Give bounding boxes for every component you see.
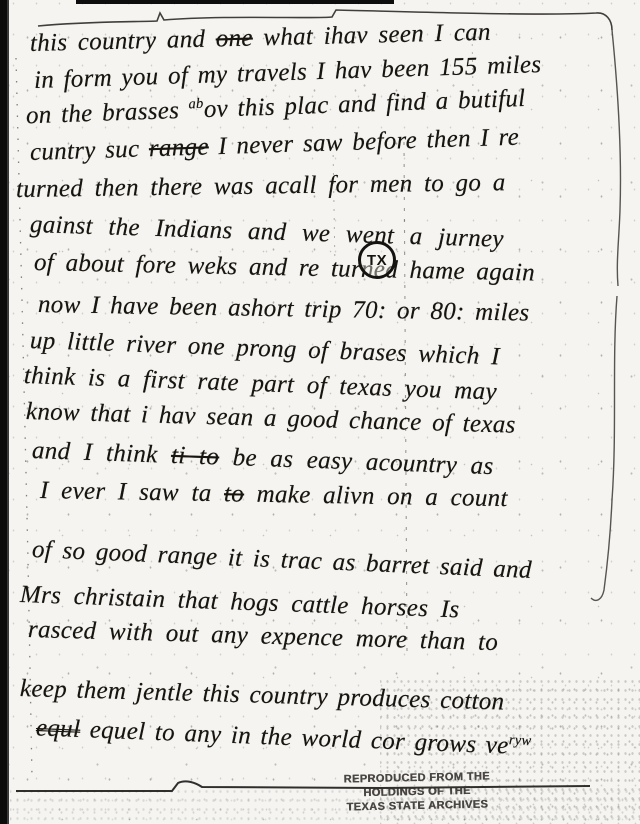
line-text: of about fore weks and re turned hame ag… bbox=[34, 249, 535, 286]
handwritten-line: gainst the Indians and we went a jurney bbox=[30, 211, 505, 254]
archive-stamp-line3: TEXAS STATE ARCHIVES bbox=[332, 797, 502, 815]
line-text: what ihav seen I can bbox=[252, 19, 491, 52]
inserted-word: ab bbox=[188, 96, 204, 113]
handwritten-line: and I think ti to be as easy acountry as bbox=[32, 437, 494, 481]
handwritten-line: equl equel to any in the world cor grows… bbox=[35, 714, 531, 761]
line-text: I ever I saw ta bbox=[40, 477, 225, 507]
line-text: on the brasses bbox=[26, 97, 190, 130]
tx-stamp-label: TX bbox=[367, 252, 387, 269]
struck-word: ti to bbox=[171, 442, 220, 471]
handwritten-line: keep them jentle this country produces c… bbox=[20, 675, 505, 717]
line-text: make alivn on a count bbox=[244, 481, 508, 513]
line-text: turned then there was acall for men to g… bbox=[16, 169, 506, 203]
struck-word: range bbox=[149, 133, 210, 162]
struck-word: equl bbox=[35, 714, 80, 743]
handwritten-line: now I have been ashort trip 70: or 80: m… bbox=[38, 291, 530, 328]
struck-word: one bbox=[215, 25, 253, 53]
line-text: gainst the Indians and we went a jurney bbox=[30, 211, 505, 253]
paper-right-border bbox=[591, 30, 621, 600]
line-text: now I have been ashort trip 70: or 80: m… bbox=[38, 291, 530, 327]
line-text: cuntry suc bbox=[30, 135, 150, 166]
line-text: and I think bbox=[32, 437, 172, 469]
line-text: I never saw before then I re bbox=[208, 124, 519, 161]
line-text: equel to any in the world cor grows ve bbox=[80, 716, 509, 759]
handwritten-line: cuntry suc range I never saw before then… bbox=[30, 124, 520, 167]
fold-crease-left bbox=[333, 146, 335, 268]
scanned-letter-page: this country and one what ihav seen I ca… bbox=[0, 0, 640, 824]
paper-bottom-border bbox=[16, 781, 590, 791]
handwritten-line: turned then there was acall for men to g… bbox=[16, 169, 506, 204]
archive-stamp: REPRODUCED FROM THE HOLDINGS OF THE TEXA… bbox=[332, 769, 503, 815]
handwritten-line: of about fore weks and re turned hame ag… bbox=[34, 249, 535, 287]
inserted-word: ryw bbox=[509, 732, 532, 749]
line-text: of so good range it is trac as barret sa… bbox=[31, 536, 532, 584]
line-text: keep them jentle this country produces c… bbox=[20, 675, 505, 716]
line-text: ov this plac and find a butiful bbox=[203, 85, 525, 123]
line-text: this country and bbox=[30, 25, 216, 57]
tx-circle-stamp: TX bbox=[358, 241, 396, 279]
scan-edge-left bbox=[0, 0, 10, 824]
scan-edge-top bbox=[76, 0, 394, 4]
handwritten-line: I ever I saw ta to make alivn on a count bbox=[40, 477, 508, 513]
speckle-patch-bottom-strip bbox=[10, 790, 640, 824]
handwritten-line: of so good range it is trac as barret sa… bbox=[31, 536, 532, 585]
line-text: be as easy acountry as bbox=[219, 444, 494, 481]
handwritten-line: this country and one what ihav seen I ca… bbox=[30, 19, 491, 58]
struck-word: to bbox=[224, 480, 245, 507]
